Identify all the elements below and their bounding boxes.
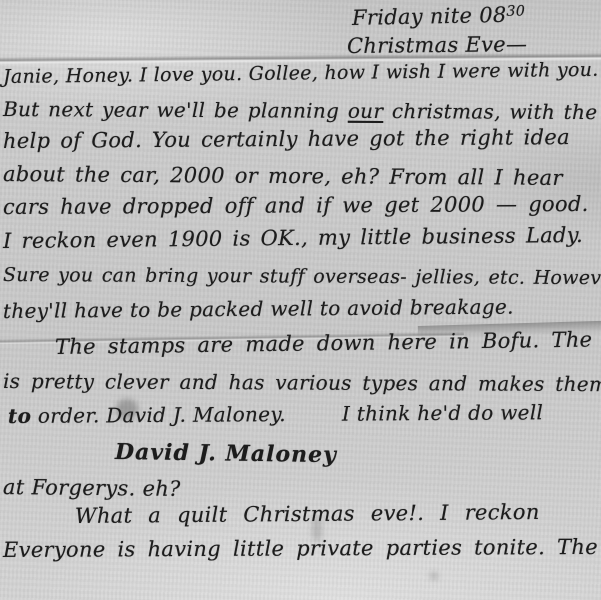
letter-line-11: to order. David J. Maloney.I think he'd … <box>8 402 543 426</box>
letter-line-14: What a quilt Christmas eve!. I reckon <box>75 502 540 527</box>
dateline-text: Friday nite 08 <box>352 3 507 30</box>
letter-line-3: help of God. You certainly have got the … <box>3 127 570 152</box>
ink-smudge <box>430 572 438 580</box>
letter-line-10: is pretty clever and has various types a… <box>3 371 601 394</box>
letter-line-text: I think he'd do well <box>342 400 543 425</box>
letter-line-text: But next year we'll be planning <box>3 97 348 123</box>
dateline-superscript: 30 <box>506 3 525 19</box>
letter-line-7: Sure you can bring your stuff overseas- … <box>3 266 601 288</box>
letter-line-8: they'll have to be packed well to avoid … <box>3 297 514 321</box>
letter-line-6: I reckon even 1900 is OK., my little bus… <box>3 225 583 252</box>
letter-line-5: cars have dropped off and if we get 2000… <box>3 194 589 218</box>
letter-page: Friday nite 0830 Christmas Eve— Janie, H… <box>0 0 601 600</box>
letter-line-1: Janie, Honey. I love you. Gollee, how I … <box>3 61 599 87</box>
letter-line-9: The stamps are made down here in Bofu. T… <box>55 329 601 358</box>
signature-repeat: David J. Maloney <box>115 441 337 466</box>
letter-line-text: to <box>8 404 31 428</box>
underlined-word-our: our <box>348 99 384 123</box>
letter-line-text: christmas, with the <box>383 99 597 124</box>
letter-line-13: at Forgerys. eh? <box>3 477 181 500</box>
signature-inline: order. David J. Maloney. <box>31 402 286 428</box>
letter-line-2: But next year we'll be planning our chri… <box>3 99 597 122</box>
letter-line-4: about the car, 2000 or more, eh? From al… <box>3 164 563 189</box>
letter-line-15: Everyone is having little private partie… <box>3 537 598 561</box>
letter-dateline: Friday nite 0830 <box>352 4 526 29</box>
letter-occasion-line: Christmas Eve— <box>347 34 527 57</box>
